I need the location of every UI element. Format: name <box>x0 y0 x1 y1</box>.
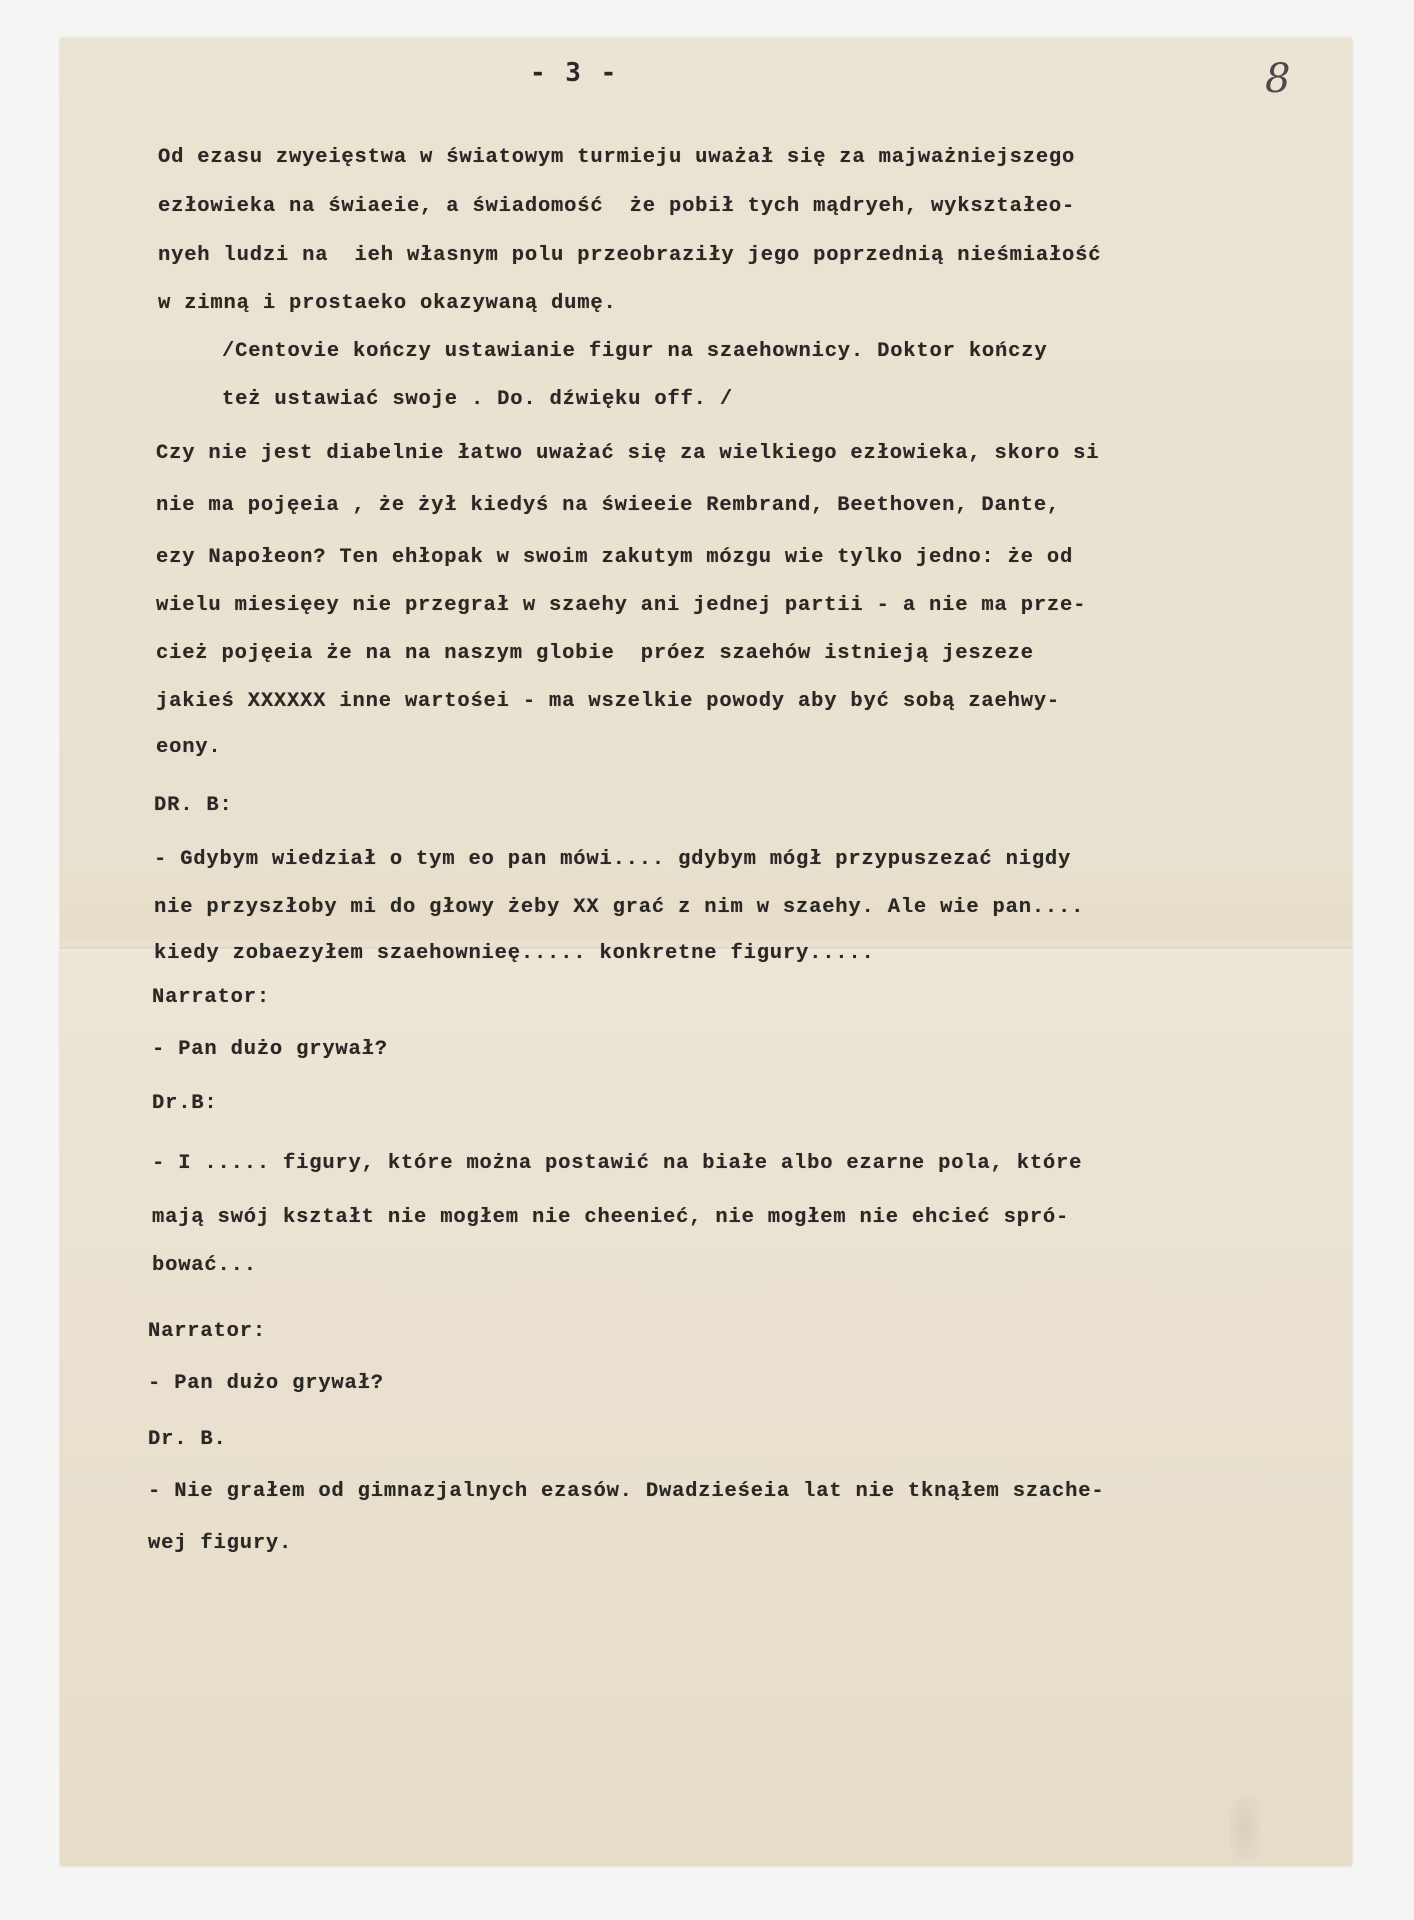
text-line: Od ezasu zwyeięstwa w światowym turmieju… <box>158 146 1075 169</box>
speaker-label: DR. B: <box>154 794 233 817</box>
text-line: wielu miesięey nie przegrał w szaehy ani… <box>156 594 1086 617</box>
text-line: ezy Napołeon? Ten ehłopak w swoim zakuty… <box>156 546 1073 569</box>
dialogue-line: - Nie grałem od gimnazjalnych ezasów. Dw… <box>148 1480 1104 1503</box>
dialogue-line: nie przyszłoby mi do głowy żeby XX grać … <box>154 896 1084 919</box>
dialogue-line: kiedy zobaezyłem szaehownieę..... konkre… <box>154 942 875 965</box>
typewritten-sheet: - 3 - 8 Od ezasu zwyeięstwa w światowym … <box>60 38 1352 1866</box>
stage-direction-line: /Centovie kończy ustawianie figur na sza… <box>222 340 1047 363</box>
text-line: Czy nie jest diabelnie łatwo uważać się … <box>156 442 1099 465</box>
speaker-label: Dr.B: <box>152 1092 218 1115</box>
text-line: nie ma pojęeia , że żył kiedyś na świeei… <box>156 494 1060 517</box>
ink-smudge <box>1230 1798 1260 1858</box>
speaker-label: Narrator: <box>148 1320 266 1343</box>
dialogue-line: - I ..... figury, które można postawić n… <box>152 1152 1082 1175</box>
text-line: cież pojęeia że na na naszym globie próe… <box>156 642 1034 665</box>
text-line: nyeh ludzi na ieh własnym polu przeobraz… <box>158 244 1101 267</box>
dialogue-line: - Pan dużo grywał? <box>152 1038 388 1061</box>
dialogue-line: - Pan dużo grywał? <box>148 1372 384 1395</box>
page-number: - 3 - <box>530 58 618 88</box>
dialogue-line: mają swój kształt nie mogłem nie cheenie… <box>152 1206 1069 1229</box>
speaker-label: Narrator: <box>152 986 270 1009</box>
dialogue-line: - Gdybym wiedział o tym eo pan mówi.... … <box>154 848 1071 871</box>
text-line: jakieś XXXXXX inne wartośei - ma wszelki… <box>156 690 1060 713</box>
text-line: ezłowieka na świaeie, a świadomość że po… <box>158 195 1075 218</box>
text-line: eony. <box>156 736 222 759</box>
scanned-page: - 3 - 8 Od ezasu zwyeięstwa w światowym … <box>0 0 1414 1920</box>
speaker-label: Dr. B. <box>148 1428 227 1451</box>
dialogue-line: bować... <box>152 1254 257 1277</box>
dialogue-line: wej figury. <box>148 1532 292 1555</box>
stage-direction-line: też ustawiać swoje . Do. dźwięku off. / <box>222 388 733 411</box>
text-line: w zimną i prostaeko okazywaną dumę. <box>158 292 617 315</box>
handwritten-archive-number: 8 <box>1265 56 1290 102</box>
